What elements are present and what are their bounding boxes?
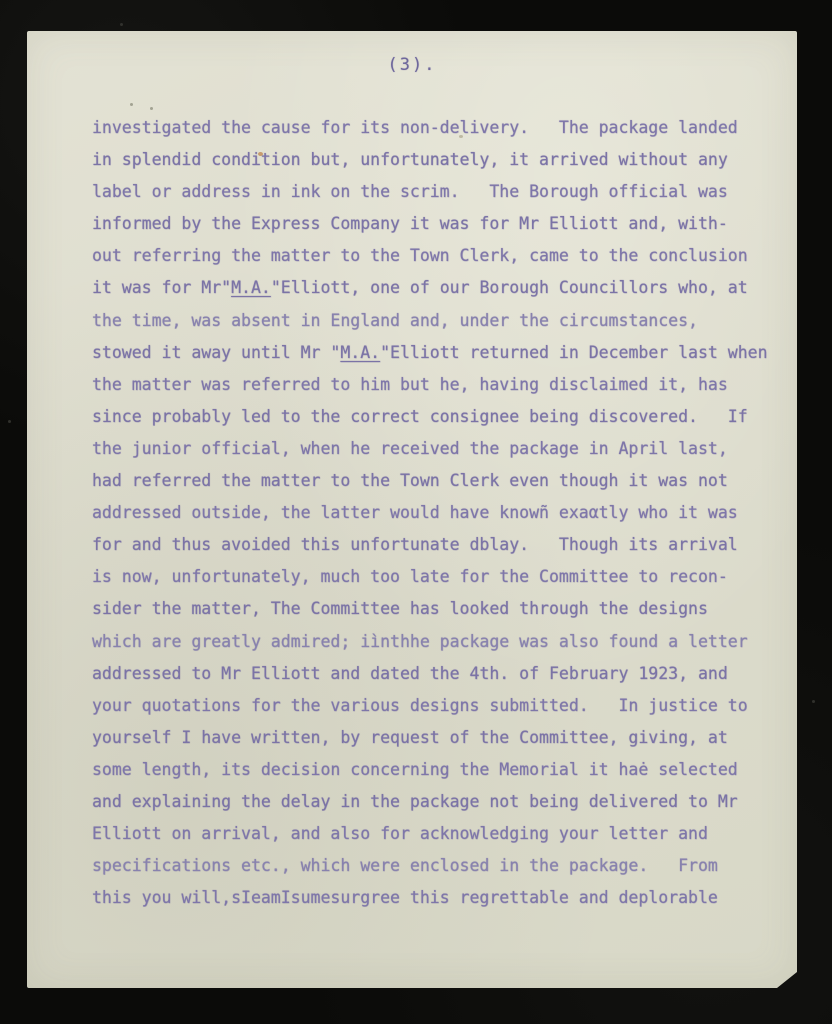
underlined-text: M.A. (231, 278, 271, 297)
letter-line: had referred the matter to the Town Cler… (92, 465, 797, 497)
line-text: Elliott on arrival, and also for acknowl… (92, 824, 708, 843)
line-text: investigated the cause for its non-deliv… (92, 118, 738, 137)
letter-line: in splendid condition but, unfortunately… (92, 144, 797, 176)
letter-line: out referring the matter to the Town Cle… (92, 240, 797, 272)
letter-line: the matter was referred to him but he, h… (92, 369, 797, 401)
letter-line: it was for Mr"M.A."Elliott, one of our B… (92, 272, 797, 304)
letter-line: yourself I have written, by request of t… (92, 722, 797, 754)
letter-line: the time, was absent in England and, und… (92, 305, 797, 337)
letter-line: specifications etc., which were enclosed… (92, 850, 797, 882)
scan-background: (3). investigated the cause for its non-… (0, 0, 832, 1024)
dust-speck (812, 700, 815, 703)
line-text: some length, its decision concerning the… (92, 760, 738, 779)
page-number: (3). (27, 55, 797, 75)
line-text: the time, was absent in England and, und… (92, 311, 698, 330)
line-text: specifications etc., which were enclosed… (92, 856, 718, 875)
letter-page: (3). investigated the cause for its non-… (27, 31, 797, 988)
line-text: sider the matter, The Committee has look… (92, 599, 708, 618)
line-text: addressed to Mr Elliott and dated the 4t… (92, 664, 728, 683)
line-text: informed by the Express Company it was f… (92, 214, 728, 233)
letter-line: the junior official, when he received th… (92, 433, 797, 465)
line-text: yourself I have written, by request of t… (92, 728, 728, 747)
line-text: "Elliott, one of our Borough Councillors… (271, 278, 748, 297)
letter-line: investigated the cause for its non-deliv… (92, 112, 797, 144)
letter-line: which are greatly admired; iìnthhe packa… (92, 626, 797, 658)
line-text: since probably led to the correct consig… (92, 407, 748, 426)
dust-speck (120, 23, 123, 26)
line-text: "Elliott returned in December last when (380, 343, 767, 362)
line-text: had referred the matter to the Town Cler… (92, 471, 728, 490)
letter-line: this you will,sIeamIsumesurgree this reg… (92, 882, 797, 914)
letter-line: Elliott on arrival, and also for acknowl… (92, 818, 797, 850)
letter-line: since probably led to the correct consig… (92, 401, 797, 433)
letter-line: stowed it away until Mr "M.A."Elliott re… (92, 337, 797, 369)
line-text: it was for Mr" (92, 278, 231, 297)
line-text: in splendid condition but, unfortunately… (92, 150, 728, 169)
letter-body: investigated the cause for its non-deliv… (92, 112, 797, 914)
underlined-text: M.A. (340, 343, 380, 362)
letter-line: and explaining the delay in the package … (92, 786, 797, 818)
line-text: the junior official, when he received th… (92, 439, 728, 458)
letter-line: is now, unfortunately, much too late for… (92, 561, 797, 593)
line-text: addressed outside, the latter would have… (92, 503, 738, 522)
line-text: your quotations for the various designs … (92, 696, 748, 715)
paper-speck (130, 103, 133, 106)
letter-line: addressed outside, the latter would have… (92, 497, 797, 529)
letter-line: your quotations for the various designs … (92, 690, 797, 722)
dust-speck (8, 420, 11, 423)
letter-line: addressed to Mr Elliott and dated the 4t… (92, 658, 797, 690)
letter-line: for and thus avoided this unfortunate db… (92, 529, 797, 561)
line-text: which are greatly admired; iìnthhe packa… (92, 632, 748, 651)
line-text: for and thus avoided this unfortunate db… (92, 535, 738, 554)
letter-line: some length, its decision concerning the… (92, 754, 797, 786)
paper-speck (150, 107, 153, 110)
line-text: is now, unfortunately, much too late for… (92, 567, 728, 586)
line-text: out referring the matter to the Town Cle… (92, 246, 748, 265)
letter-line: informed by the Express Company it was f… (92, 208, 797, 240)
line-text: stowed it away until Mr " (92, 343, 340, 362)
letter-line: sider the matter, The Committee has look… (92, 593, 797, 625)
line-text: this you will,sIeamIsumesurgree this reg… (92, 888, 718, 907)
line-text: label or address in ink on the scrim. Th… (92, 182, 728, 201)
line-text: the matter was referred to him but he, h… (92, 375, 728, 394)
line-text: and explaining the delay in the package … (92, 792, 738, 811)
letter-line: label or address in ink on the scrim. Th… (92, 176, 797, 208)
